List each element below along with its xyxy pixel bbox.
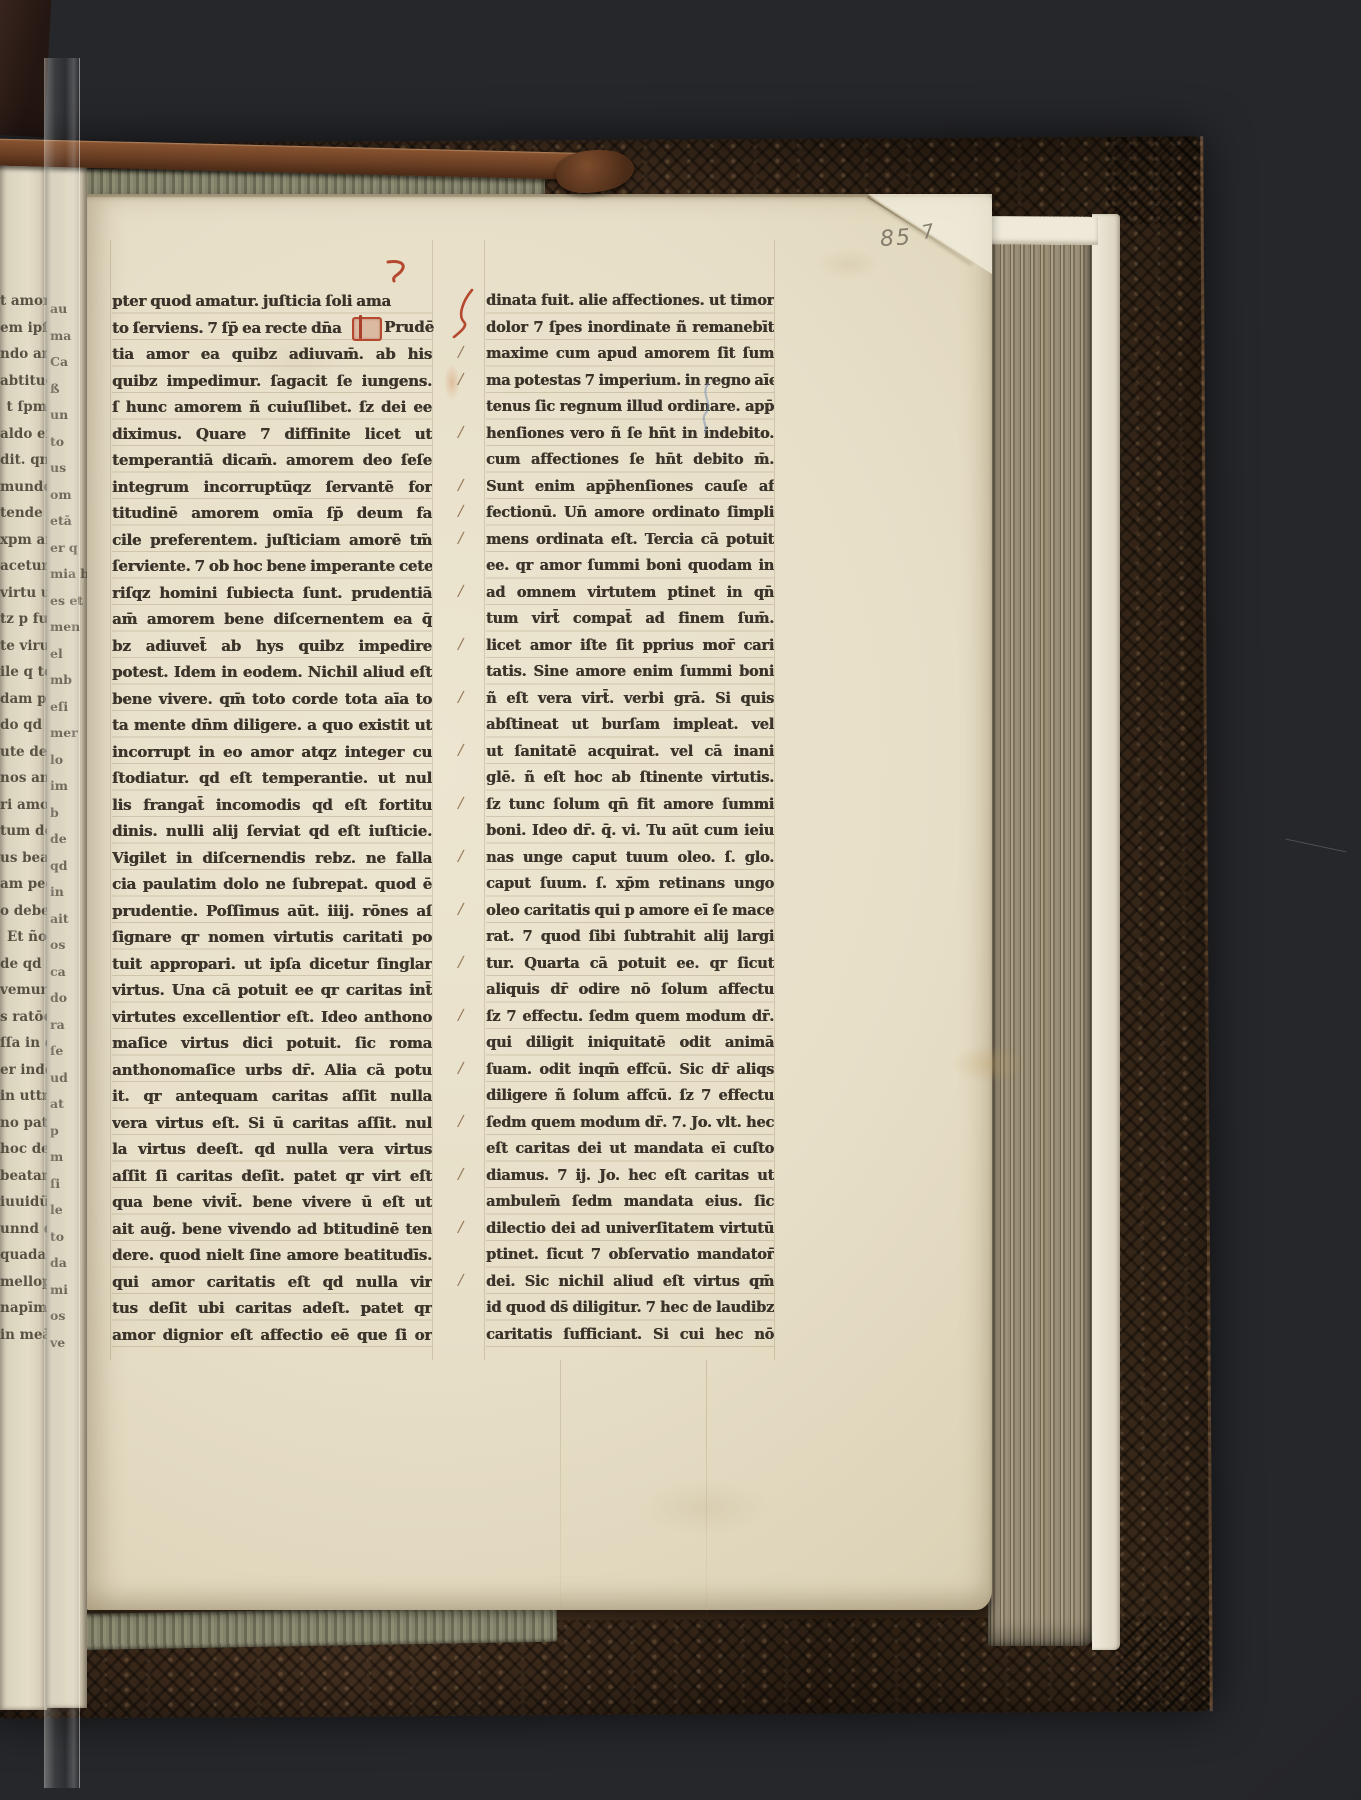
manuscript-text-line: ſedm quem modum dr̄. 7. Jo. vlt. hec [486,1110,774,1137]
manuscript-text-line: am̄ amorem bene diſcernentem ea q̄ [112,606,432,633]
manuscript-text-line: aſſit ſi caritas deſit. patet qr virt eſ… [112,1163,432,1190]
manuscript-text-line: glē. ñ eſt hoc ab ſtinente virtutis. [486,765,774,792]
manuscript-text-line: quibz impedimur. ſagacit ſe iungens. [112,368,432,395]
manuscript-text-line: tum virt̄ compat̄ ad finem ſum̄. [486,606,774,633]
manuscript-text-line: dilectio dei ad univerſitatem virtutū [486,1216,774,1243]
manuscript-text-line: qua bene vivit̄. bene vivere ū eſt ut [112,1189,432,1216]
manuscript-text-line: Sunt enim app̄henſiones cauſe af [486,474,774,501]
manuscript-text-line: ſz 7 effectu. ſedm quem modum dr̄. [486,1004,774,1031]
edge-text-fragment: do qd e [0,712,47,739]
parchment-stain [640,1480,770,1535]
edge-text-fragment: abtitud [0,368,47,395]
corrector-slash-mark: / [457,953,476,972]
edge-text-fragment: de qd ſe [0,951,47,978]
manuscript-text-line: nas unge caput tuum oleo. ſ. glo. [486,845,774,872]
corrector-slash-mark: / [457,344,476,363]
page-edges-fore-edge [988,216,1094,1646]
manuscript-text-line: tur. Quarta cā potuit ee. qr ſicut [486,951,774,978]
manuscript-text-line: abſtineat ut burſam impleat. vel [486,712,774,739]
manuscript-text-line: ma potestas 7 imperium. in regno aīe [486,368,774,395]
edge-text-fragment: mellop [0,1269,47,1296]
manuscript-text-line: ee. qr amor ſummi boni quodam in [486,553,774,580]
manuscript-text-line: dinata fuit. alie affectiones. ut timor [486,288,774,315]
corrector-slash-mark: / [457,688,476,707]
edge-text-fragment: ſſa in d [0,1030,47,1057]
text-column-b: dinata fuit. alie affectiones. ut timord… [486,288,774,1349]
text-column-a: pter quod amatur. juſticia ſoli amato ſe… [112,288,432,1349]
edge-text-fragment: iuuidū [0,1189,47,1216]
parchment-crease [706,1360,707,1630]
manuscript-text-line: diamus. 7 ij. Jo. hec eſt caritas ut [486,1163,774,1190]
manuscript-text-line: ſtodiatur. qd eſt temperantie. ut nul [112,765,432,792]
edge-text-fragment: napīm [0,1295,47,1322]
manuscript-text-line: henſiones vero ñ ſe hn̄t in indebito. [486,421,774,448]
corrector-slash-mark: / [457,370,476,389]
corrector-slash-mark: / [457,847,476,866]
manuscript-text-line: ſz tunc ſolum qn̄ fit amore ſummi [486,792,774,819]
corrector-slash-mark: / [457,1218,476,1237]
edge-text-fragment: ndo am [0,341,47,368]
manuscript-text-line: qui diligit iniquitatē odit animā [486,1030,774,1057]
corrector-slash-mark: / [457,635,476,654]
edge-text-fragment: Et ño [0,924,47,951]
edge-text-fragment: ri amor [0,792,47,819]
manuscript-text-line: amor dignior eſt affectio eē que ſi or [112,1322,432,1349]
manuscript-text-line: cum affectiones ſe hn̄t debito m̄. [486,447,774,474]
manuscript-text-line: rat. 7 quod ſibi ſubtrahit alij largi [486,924,774,951]
facing-page-edge-sliver: t amorem ipſindo amabtitudt ſpmaldo eisd… [0,150,47,1710]
manuscript-text-line: aliquis dr̄ odire nō ſolum affectu [486,977,774,1004]
edge-text-fragment: am pede [0,871,47,898]
manuscript-text-line: maxime cum apud amorem ſit ſum [486,341,774,368]
edge-text-fragment: ute dei [0,739,47,766]
corrector-slash-mark: / [457,900,476,919]
edge-text-fragment: tum dei [0,818,47,845]
photograph-of-open-manuscript: 85 7 pter quod amatur. juſticia ſoli ama… [0,0,1361,1800]
corrector-slash-mark: / [457,794,476,813]
edge-text-fragment: tende ea [0,500,47,527]
edge-text-fragment: hoc dei [0,1136,47,1163]
background-scratch [1286,839,1347,853]
manuscript-text-line: cia paulatim dolo ne ſubrepat. quod ē [112,871,432,898]
manuscript-text-line: prudentie. Poſſimus aūt. iiij. rōnes aſ [112,898,432,925]
edge-text-fragment: er inde [0,1057,47,1084]
edge-text-fragment: dam pat [0,686,47,713]
cover-embossed-right-border [1107,136,1213,1712]
flyleaf-edge-right [1092,214,1120,1650]
manuscript-text-line: dolor 7 ſpes inordinate ñ remanebīt [486,315,774,342]
manuscript-text-line: boni. Ideo dr̄. q̄. vi. Tu aūt cum ieiu [486,818,774,845]
manuscript-text-line: fectionū. Un̄ amore ordinato ſimpli [486,500,774,527]
book-cradle-acrylic-strip [44,58,80,1788]
edge-text-fragment: in meā [0,1322,47,1349]
edge-text-fragment: vemur [0,977,47,1004]
ruling-line-vertical [432,240,433,1360]
manuscript-text-line: anthonomaſice urbs dr̄. Alia cā potu [112,1057,432,1084]
manuscript-text-line: dei. Sic nichil aliud eſt virtus qm̄ [486,1269,774,1296]
manuscript-text-line: ſignare qr nomen virtutis caritati po [112,924,432,951]
manuscript-text-line: maſice virtus dici potuit. ſic roma [112,1030,432,1057]
rubric-paraph-stroke [359,315,362,339]
page-top-edge [84,194,992,197]
manuscript-text-line: ta mente dn̄m diligere. a quo existit ut [112,712,432,739]
edge-text-fragment: no pat [0,1110,47,1137]
manuscript-text-line: dinis. nulli alij ſerviat qd eſt iuſtici… [112,818,432,845]
manuscript-text-line: Vigilet in diſcernendis rebz. ne falla [112,845,432,872]
manuscript-text-line: qui amor caritatis eſt qd nulla vir [112,1269,432,1296]
manuscript-text-line: ait aug̃. bene vivendo ad btitudinē ten [112,1216,432,1243]
manuscript-text-line: caritatis ſufficiant. Si cui hec nō [486,1322,774,1349]
edge-text-fragment: mundo [0,474,47,501]
rubric-flourish-icon [384,258,410,284]
edge-text-fragment: xpm am [0,527,47,554]
manuscript-text-line: tia amor ea quibz adiuvam̄. ab his [112,341,432,368]
manuscript-text-line: tatis. Sine amore enim ſummi boni [486,659,774,686]
edge-text-fragment: tz p fund [0,606,47,633]
edge-text-fragment: ile q tole [0,659,47,686]
folio-number: 85 [879,225,913,252]
rubric-paraph-icon [352,317,382,341]
parchment-stain [952,1044,1022,1084]
manuscript-text-line: lis frangat̄ incomodis qd eſt fortitu [112,792,432,819]
edge-text-fragment: t ſpm [0,394,47,421]
corrector-slash-mark: / [457,529,476,548]
corrector-slash-mark: / [457,741,476,760]
edge-text-fragment: unnd de [0,1216,47,1243]
blue-pen-mark-icon [696,382,718,434]
edge-text-fragment: nos ama [0,765,47,792]
edge-text-fragment: dit. qm [0,447,47,474]
manuscript-text-line: tuit appropari. ut ipſa dicetur ſinglar [112,951,432,978]
corrector-slash-mark: / [457,1165,476,1184]
manuscript-text-line: tenus ſic regnum illud ordinare. app̄ [486,394,774,421]
edge-text-fragment: acetur. lo [0,553,47,580]
corrector-slash-mark: / [457,1006,476,1025]
manuscript-text-line: virtutes excellentior eſt. Ideo anthono [112,1004,432,1031]
manuscript-text-line: cile preferentem. juſticiam amorē tm̄ [112,527,432,554]
edge-text-fragment: o debere [0,898,47,925]
manuscript-text-line: id quod ds̄ diligitur. 7 hec de laudibz [486,1295,774,1322]
manuscript-text-line: integrum incorruptūqz ſervantē for [112,474,432,501]
manuscript-text-line: it. qr antequam caritas aſſit nulla [112,1083,432,1110]
edge-text-fragment: em ipſi [0,315,47,342]
manuscript-text-line: virtus. Una cā potuit ee qr caritas int̄ [112,977,432,1004]
manuscript-text-line: incorrupt in eo amor atqz integer cu [112,739,432,766]
edge-text-fragment: in uttm [0,1083,47,1110]
manuscript-text-line: bene vivere. qm̄ toto corde tota aīa to [112,686,432,713]
manuscript-text-line: bz adiuvet̄ ab hys quibz impedire [112,633,432,660]
manuscript-text-line: potest. Idem in eodem. Nichil aliud eſt [112,659,432,686]
ruling-line-vertical [110,240,111,1360]
manuscript-text-line: oleo caritatis qui p amore eī ſe mace [486,898,774,925]
ruling-line-vertical [484,240,485,1360]
edge-text-fragment: t amor [0,288,47,315]
manuscript-text-line: ut ſanitatē acquirat. vel cā inani [486,739,774,766]
manuscript-text-line: ſerviente. 7 ob hoc bene imperante cete [112,553,432,580]
rubric-initial-word: Prudē [384,314,434,341]
manuscript-text-line: pter quod amatur. juſticia ſoli ama [112,288,432,315]
edge-text-fragment: s ratōe [0,1004,47,1031]
manuscript-text-line: diligere ñ ſolum affcū. ſz 7 effectu [486,1083,774,1110]
parchment-stain [816,248,880,280]
manuscript-text-line: eſt caritas dei ut mandata eī cuſto [486,1136,774,1163]
corrector-slash-mark: / [457,1271,476,1290]
manuscript-text-line: ptinet. ſicut 7 obſervatio mandator̄ [486,1242,774,1269]
manuscript-text-line: vera virtus eſt. Si ū caritas aſſit. nul [112,1110,432,1137]
edge-text-fragment: virtu uſo [0,580,47,607]
manuscript-text-line: ſ hunc amorem ñ cuiuſlibet. ſz dei ee [112,394,432,421]
manuscript-text-line: dere. quod nielt ſine amore beatitudīs. [112,1242,432,1269]
facing-page-text-fragments: t amorem ipſindo amabtitudt ſpmaldo eisd… [0,288,47,1348]
gutter-corrector-marks: //////////////////// [458,288,478,1349]
corrector-slash-mark: / [457,423,476,442]
manuscript-text-line: titudinē amorem omīa ſp̄ deum fa [112,500,432,527]
manuscript-text-line: ñ eſt vera virt̄. verbi grā. Si quis [486,686,774,713]
manuscript-text-line: licet amor iſte ſit pprius mor̄ cari [486,633,774,660]
manuscript-text-line: diximus. Quare 7 diffinite licet ut [112,421,432,448]
corrector-slash-mark: / [457,1059,476,1078]
edge-text-fragment: quadag [0,1242,47,1269]
edge-text-fragment: aldo eis [0,421,47,448]
corrector-slash-mark: / [457,1112,476,1131]
edge-text-fragment: us beatā [0,845,47,872]
edge-text-fragment: beatam [0,1163,47,1190]
manuscript-text-line: ſuam. odit inqm̄ effcū. Sic dr̄ aliqs [486,1057,774,1084]
manuscript-text-line: la virtus deeſt. qd nulla vera virtus [112,1136,432,1163]
ruling-line-vertical [774,240,775,1360]
corrector-slash-mark: / [457,476,476,495]
manuscript-text-line: mens ordinata eſt. Tercia cā potuit [486,527,774,554]
manuscript-text-line: temperantiā dicam̄. amorem deo ſeſe [112,447,432,474]
manuscript-text-line: ad omnem virtutem ptinet in qn̄ [486,580,774,607]
manuscript-text-line: tus deſit ubi caritas adeſt. patet qr [112,1295,432,1322]
edge-text-fragment: te virum [0,633,47,660]
manuscript-text-line: ambulem̄ ſedm mandata eius. ſic [486,1189,774,1216]
corrector-slash-mark: / [457,503,476,522]
manuscript-text-line: caput ſuum. ſ. xp̄m retinans ungo [486,871,774,898]
parchment-crease [560,1360,561,1610]
manuscript-text-line: riſqz homini ſubiecta ſunt. prudentiā [112,580,432,607]
corrector-slash-mark: / [457,582,476,601]
